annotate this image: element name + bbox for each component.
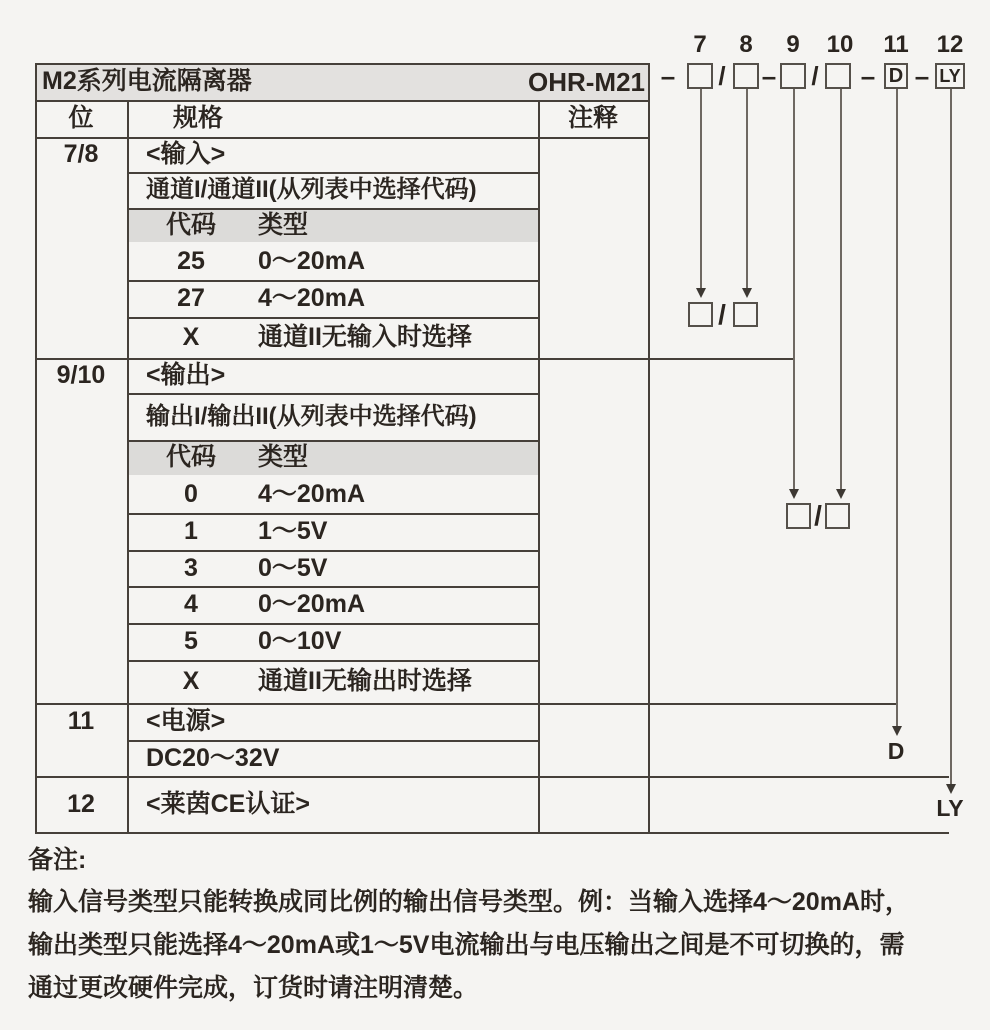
callout-slash-9-10: / — [814, 501, 822, 531]
column-header-note: 注释 — [538, 100, 648, 137]
arrow-down-icon — [742, 288, 752, 298]
drop-line-8 — [746, 89, 748, 288]
input-row-code: 25 — [127, 242, 255, 280]
input-row-type: 通道II无输入时选择 — [258, 317, 472, 358]
drop-line-7 — [700, 89, 702, 288]
notes-line-1: 输入信号类型只能转换成同比例的输出信号类型。例：当输入选择4～20mA时， — [28, 886, 910, 918]
code-box-11: D — [884, 63, 908, 89]
code-box-10 — [825, 63, 851, 89]
output-row-type: 通道II无输出时选择 — [258, 660, 472, 703]
callout-label-11: D — [888, 739, 905, 763]
output-code-header: 代码 — [127, 440, 255, 475]
spec-note-column-divider — [538, 100, 540, 832]
callout-label-12: LY — [936, 796, 963, 820]
arrow-down-icon — [836, 489, 846, 499]
output-row-code: 4 — [127, 586, 255, 623]
callout-box-8 — [733, 302, 758, 327]
callout-slash-7-8: / — [718, 300, 726, 330]
table-bottom-border — [35, 832, 949, 834]
output-row-type: 1～5V — [258, 513, 327, 550]
code-box-8 — [733, 63, 759, 89]
digit-label-7: 7 — [693, 32, 706, 58]
notes-line-3: 通过更改硬件完成，订货时请注明清楚。 — [28, 972, 478, 1004]
pos-label-12: 12 — [35, 776, 127, 832]
drop-line-12 — [950, 89, 952, 784]
digit-label-8: 8 — [739, 32, 752, 58]
input-section-subtitle: 通道I/通道II(从列表中选择代码) — [146, 172, 477, 208]
input-type-header: 类型 — [258, 208, 308, 242]
output-row-code: 3 — [127, 550, 255, 586]
input-section-title: <输入> — [146, 137, 225, 172]
input-row-type: 0～20mA — [258, 242, 365, 280]
output-row-type: 0～5V — [258, 550, 327, 586]
code-box-9 — [780, 63, 806, 89]
code-box-12-label: LY — [939, 66, 960, 87]
drop-line-10 — [840, 89, 842, 489]
output-section-subtitle: 输出I/输出II(从列表中选择代码) — [146, 393, 477, 440]
code-separator-dash-3: – — [861, 63, 875, 88]
output-type-header: 类型 — [258, 440, 308, 475]
output-row-code: 5 — [127, 623, 255, 660]
digit-label-10: 10 — [827, 32, 854, 58]
column-header-pos: 位 — [35, 100, 127, 137]
code-separator-slash-2: / — [811, 62, 818, 90]
input-row-type: 4～20mA — [258, 280, 365, 317]
arrow-down-icon — [696, 288, 706, 298]
callout-box-9 — [786, 503, 811, 529]
callout-box-7 — [688, 302, 713, 327]
pos-label-11: 11 — [35, 703, 127, 740]
notes-line-2: 输出类型只能选择4～20mA或1～5V电流输出与电压输出之间是不可切换的，需 — [28, 929, 904, 961]
input-code-header: 代码 — [127, 208, 255, 242]
digit-label-11: 11 — [883, 32, 908, 58]
output-row-type: 4～20mA — [258, 475, 365, 513]
model-code: OHR-M21 — [490, 63, 645, 100]
notes-heading: 备注: — [28, 845, 86, 875]
drop-line-9 — [793, 89, 795, 489]
code-box-7 — [687, 63, 713, 89]
code-separator-dash-1: – — [661, 63, 675, 88]
code-separator-dash-4: – — [915, 63, 929, 88]
code-separator-dash-2: – — [762, 63, 776, 88]
drop-line-11 — [896, 89, 898, 726]
input-row-code: 27 — [127, 280, 255, 317]
arrow-down-icon — [946, 784, 956, 794]
callout-box-10 — [825, 503, 850, 529]
pos-label-7-8: 7/8 — [35, 137, 127, 172]
output-row-code: 1 — [127, 513, 255, 550]
code-box-12: LY — [935, 63, 965, 89]
column-header-spec: 规格 — [173, 100, 223, 137]
arrow-down-icon — [789, 489, 799, 499]
output-row-type: 0～10V — [258, 623, 341, 660]
code-box-11-label: D — [889, 65, 903, 88]
output-section-title: <输出> — [146, 358, 225, 393]
digit-label-9: 9 — [786, 32, 799, 58]
ce-section-title: <莱茵CE认证> — [146, 776, 310, 832]
code-separator-slash-1: / — [718, 62, 725, 90]
page-title: M2系列电流隔离器 — [42, 63, 252, 100]
output-row-code: 0 — [127, 475, 255, 513]
power-section-title: <电源> — [146, 703, 225, 740]
output-row-code: X — [127, 660, 255, 703]
power-value: DC20～32V — [146, 740, 279, 776]
input-row-code: X — [127, 317, 255, 358]
table-right-border — [648, 63, 650, 832]
ordering-guide-page: { "page": { "title": "M2系列电流隔离器", "model… — [0, 0, 990, 1030]
arrow-down-icon — [892, 726, 902, 736]
digit-label-12: 12 — [937, 32, 964, 58]
pos-label-9-10: 9/10 — [35, 358, 127, 393]
output-row-type: 0～20mA — [258, 586, 365, 623]
